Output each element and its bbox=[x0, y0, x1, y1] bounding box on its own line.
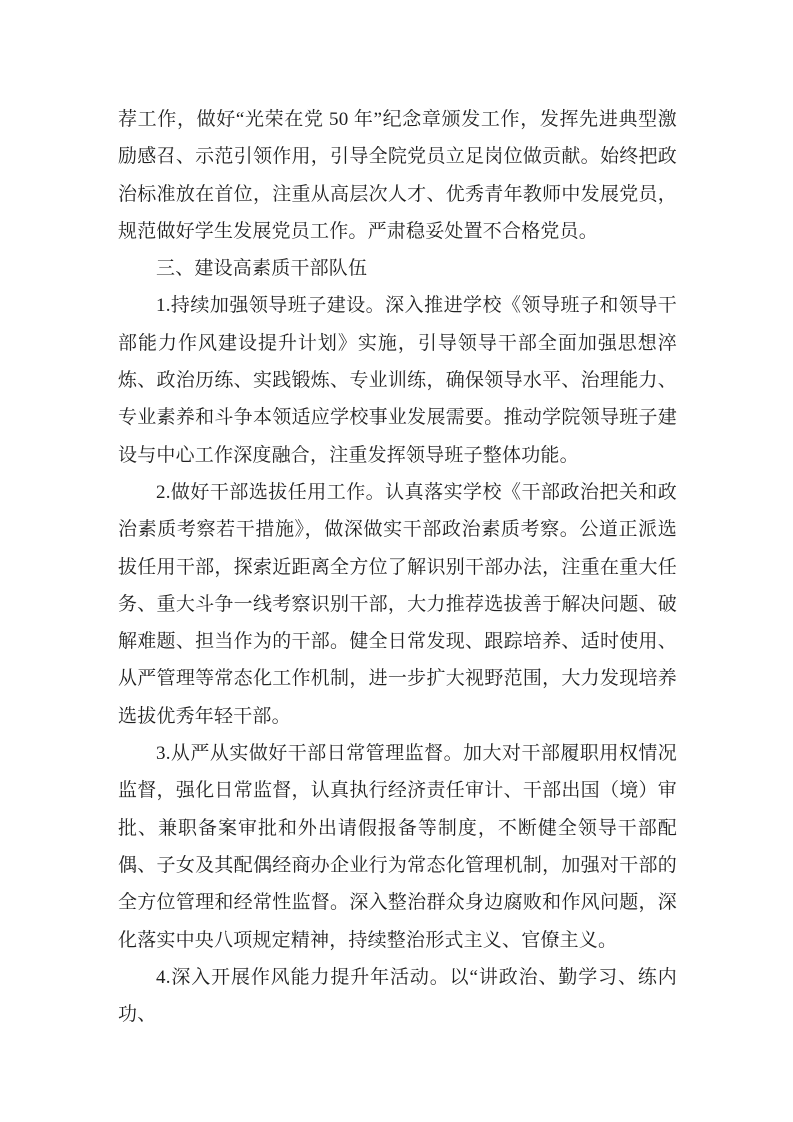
document-text-block: 荐工作，做好“光荣在党 50 年”纪念章颁发工作，发挥先进典型激励感召、示范引领… bbox=[118, 101, 677, 1033]
numbered-paragraph-1: 1.持续加强领导班子建设。深入推进学校《领导班子和领导干部能力作风建设提升计划》… bbox=[118, 287, 677, 473]
numbered-paragraph-4: 4.深入开展作风能力提升年活动。以“讲政治、勤学习、练内功、 bbox=[118, 959, 677, 1034]
numbered-paragraph-3: 3.从严从实做好干部日常管理监督。加大对干部履职用权情况监督，强化日常监督，认真… bbox=[118, 735, 677, 959]
continued-paragraph: 荐工作，做好“光荣在党 50 年”纪念章颁发工作，发挥先进典型激励感召、示范引领… bbox=[118, 101, 677, 250]
section-heading: 三、建设高素质干部队伍 bbox=[118, 250, 677, 287]
numbered-paragraph-2: 2.做好干部选拔任用工作。认真落实学校《干部政治把关和政治素质考察若干措施》，做… bbox=[118, 474, 677, 735]
document-page: 荐工作，做好“光荣在党 50 年”纪念章颁发工作，发挥先进典型激励感召、示范引领… bbox=[0, 0, 793, 1122]
